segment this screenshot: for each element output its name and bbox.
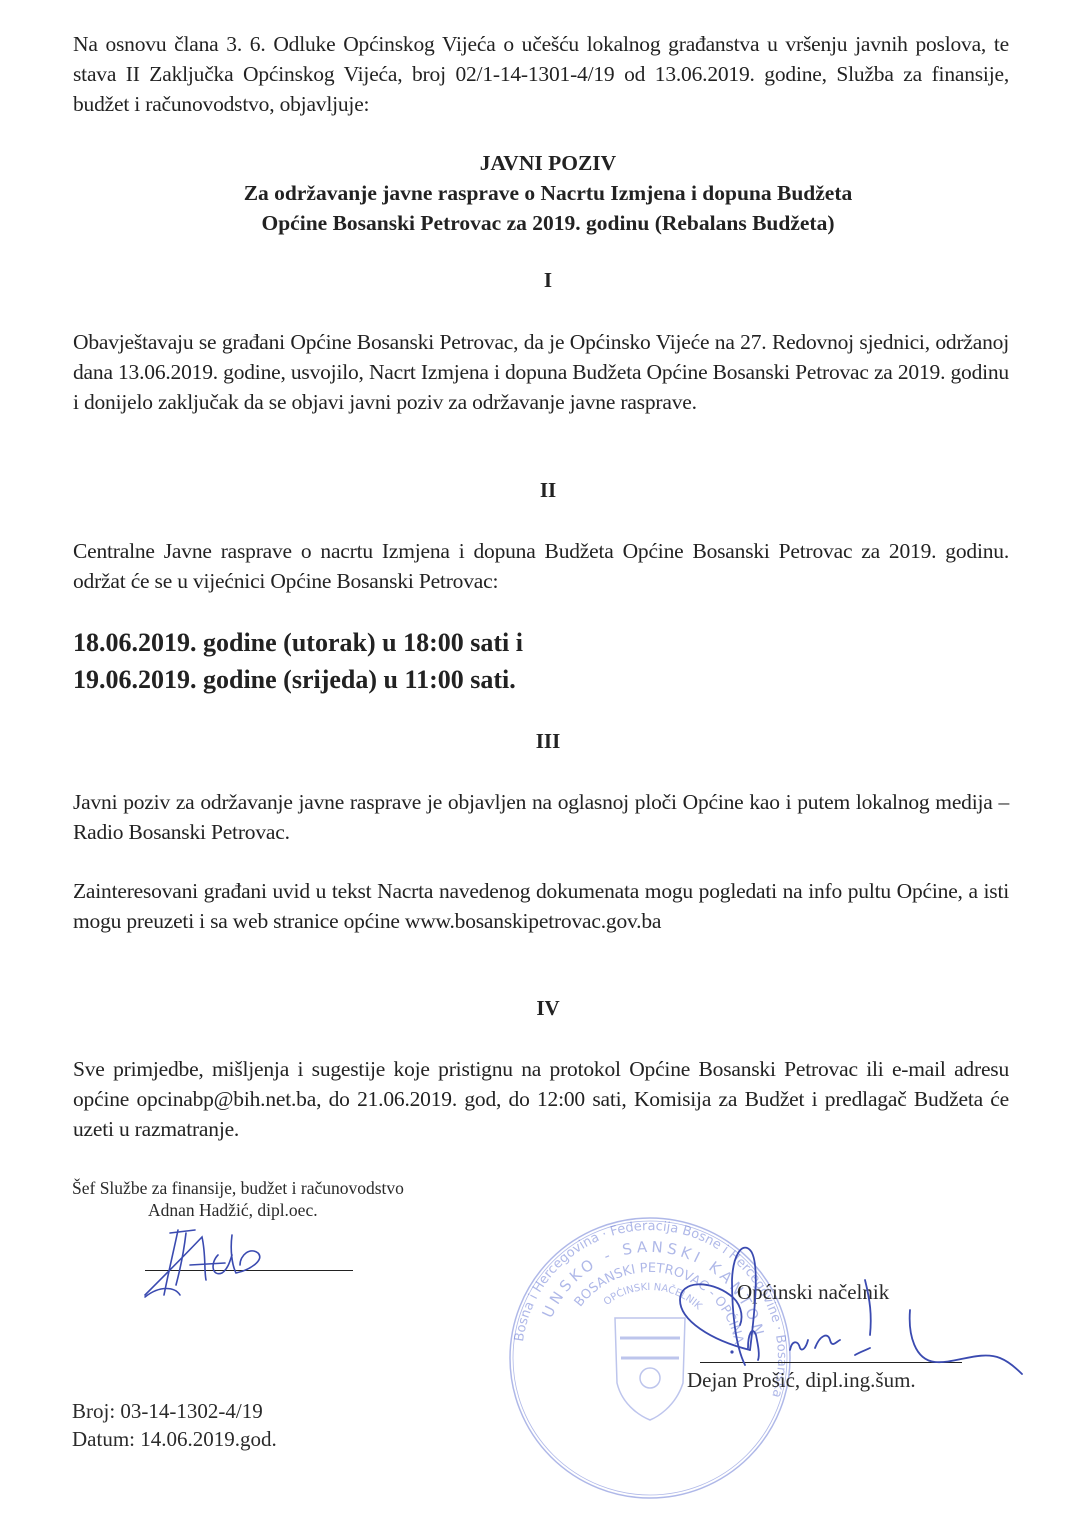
section-I-heading: I xyxy=(73,268,1023,293)
document-page: Na osnovu člana 3. 6. Odluke Općinskog V… xyxy=(0,0,1066,1518)
section-III-paragraph-2: Zainteresovani građani uvid u tekst Nacr… xyxy=(73,876,1009,936)
section-II-heading: II xyxy=(73,478,1023,503)
section-I-paragraph: Obavještavaju se građani Općine Bosanski… xyxy=(73,327,1009,417)
meeting-date-2: 19.06.2019. godine (srijeda) u 11:00 sat… xyxy=(73,661,516,698)
title-javni-poziv: JAVNI POZIV xyxy=(73,148,1023,178)
left-handwritten-signature-icon xyxy=(140,1225,290,1305)
meeting-date-1: 18.06.2019. godine (utorak) u 18:00 sati… xyxy=(73,624,523,661)
section-III-paragraph-1: Javni poziv za održavanje javne rasprave… xyxy=(73,787,1009,847)
section-III-heading: III xyxy=(73,729,1023,754)
document-number: Broj: 03-14-1302-4/19 xyxy=(72,1397,263,1425)
section-IV-paragraph: Sve primjedbe, mišljenja i sugestije koj… xyxy=(73,1054,1009,1144)
left-signatory-role: Šef Službe za finansije, budžet i računo… xyxy=(72,1178,404,1199)
section-II-paragraph: Centralne Javne rasprave o nacrtu Izmjen… xyxy=(73,536,1009,596)
title-subtitle-line2: Općine Bosanski Petrovac za 2019. godinu… xyxy=(73,208,1023,238)
document-date: Datum: 14.06.2019.god. xyxy=(72,1425,277,1453)
intro-paragraph: Na osnovu člana 3. 6. Odluke Općinskog V… xyxy=(73,29,1009,119)
left-signatory-name: Adnan Hadžić, dipl.oec. xyxy=(148,1200,318,1221)
right-handwritten-signature-icon xyxy=(640,1240,1040,1390)
section-IV-heading: IV xyxy=(73,996,1023,1021)
title-subtitle-line1: Za održavanje javne rasprave o Nacrtu Iz… xyxy=(73,178,1023,208)
